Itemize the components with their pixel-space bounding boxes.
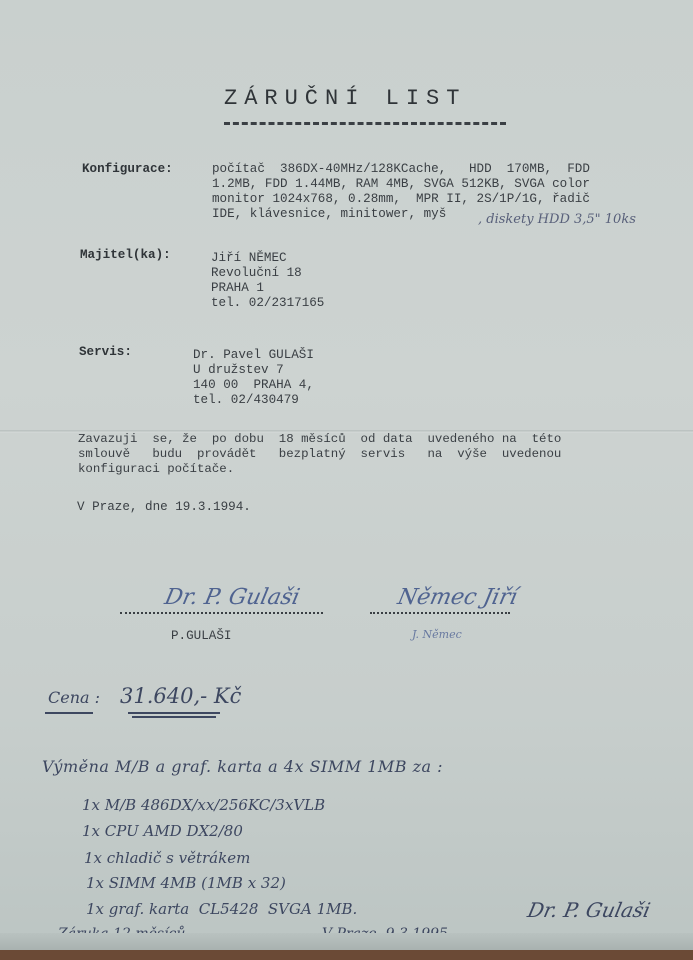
- signature-line-right: [370, 612, 510, 614]
- exchange-item: 1x chladič s větrákem: [84, 849, 250, 867]
- warranty-period: Záruka 12 měsíců.: [58, 926, 190, 942]
- handwritten-signature-name: Dr. P. Gulaši: [526, 934, 593, 947]
- price-label: Cena :: [48, 688, 100, 707]
- signature-right: Němec Jiří: [395, 585, 519, 610]
- title-underline: [224, 122, 506, 125]
- handwritten-place-date: V Praze, 9.3.1995.: [322, 926, 452, 942]
- signature-left: Dr. P. Gulaši: [162, 585, 302, 610]
- service-street: U družstev 7: [193, 363, 284, 378]
- owner-label: Majitel(ka):: [80, 248, 171, 263]
- owner-city: PRAHA 1: [211, 281, 264, 296]
- place-date: V Praze, dne 19.3.1994.: [77, 500, 251, 515]
- configuration-line: počítač 386DX-40MHz/128KCache, HDD 170MB…: [212, 162, 590, 177]
- exchange-item: 1x M/B 486DX/xx/256KC/3xVLB: [82, 796, 325, 814]
- signature-right-name: J. Němec: [412, 628, 462, 641]
- exchange-item: 1x graf. karta CL5428 SVGA 1MB.: [86, 900, 357, 918]
- page-title: ZÁRUČNÍ LIST: [224, 86, 466, 111]
- exchange-intro: Výměna M/B a graf. karta a 4x SIMM 1MB z…: [42, 757, 443, 776]
- service-name: Dr. Pavel GULAŠI: [193, 348, 314, 363]
- owner-name: Jiří NĚMEC: [211, 251, 287, 266]
- configuration-line: monitor 1024x768, 0.28mm, MPR II, 2S/1P/…: [212, 192, 590, 207]
- exchange-item: 1x CPU AMD DX2/80: [82, 822, 243, 840]
- commitment-line: konfiguraci počítače.: [78, 462, 234, 477]
- price-label-underline: [45, 712, 93, 714]
- configuration-line: 1.2MB, FDD 1.44MB, RAM 4MB, SVGA 512KB, …: [212, 177, 590, 192]
- signature-line-left: [120, 612, 323, 614]
- owner-street: Revoluční 18: [211, 266, 302, 281]
- price-underline-2: [132, 716, 216, 718]
- signature-left-name: P.GULAŠI: [171, 629, 231, 644]
- configuration-label: Konfigurace:: [82, 162, 173, 177]
- exchange-item: 1x SIMM 4MB (1MB x 32): [86, 874, 286, 892]
- owner-phone: tel. 02/2317165: [211, 296, 324, 311]
- price-underline: [128, 712, 220, 714]
- price-value: 31.640,- Kč: [120, 684, 241, 708]
- configuration-line: IDE, klávesnice, minitower, myš: [212, 207, 446, 222]
- warranty-document: ZÁRUČNÍ LIST Konfigurace: počítač 386DX-…: [0, 0, 693, 950]
- service-phone: tel. 02/430479: [193, 393, 299, 408]
- handwritten-signature: Dr. P. Gulaši: [525, 898, 652, 922]
- handwritten-config-addition: , diskety HDD 3,5" 10ks: [478, 212, 636, 227]
- service-label: Servis:: [79, 345, 132, 360]
- service-city: 140 00 PRAHA 4,: [193, 378, 314, 393]
- commitment-line: Zavazuji se, že po dobu 18 měsíců od dat…: [78, 432, 561, 447]
- commitment-line: smlouvě budu provádět bezplatný servis n…: [78, 447, 561, 462]
